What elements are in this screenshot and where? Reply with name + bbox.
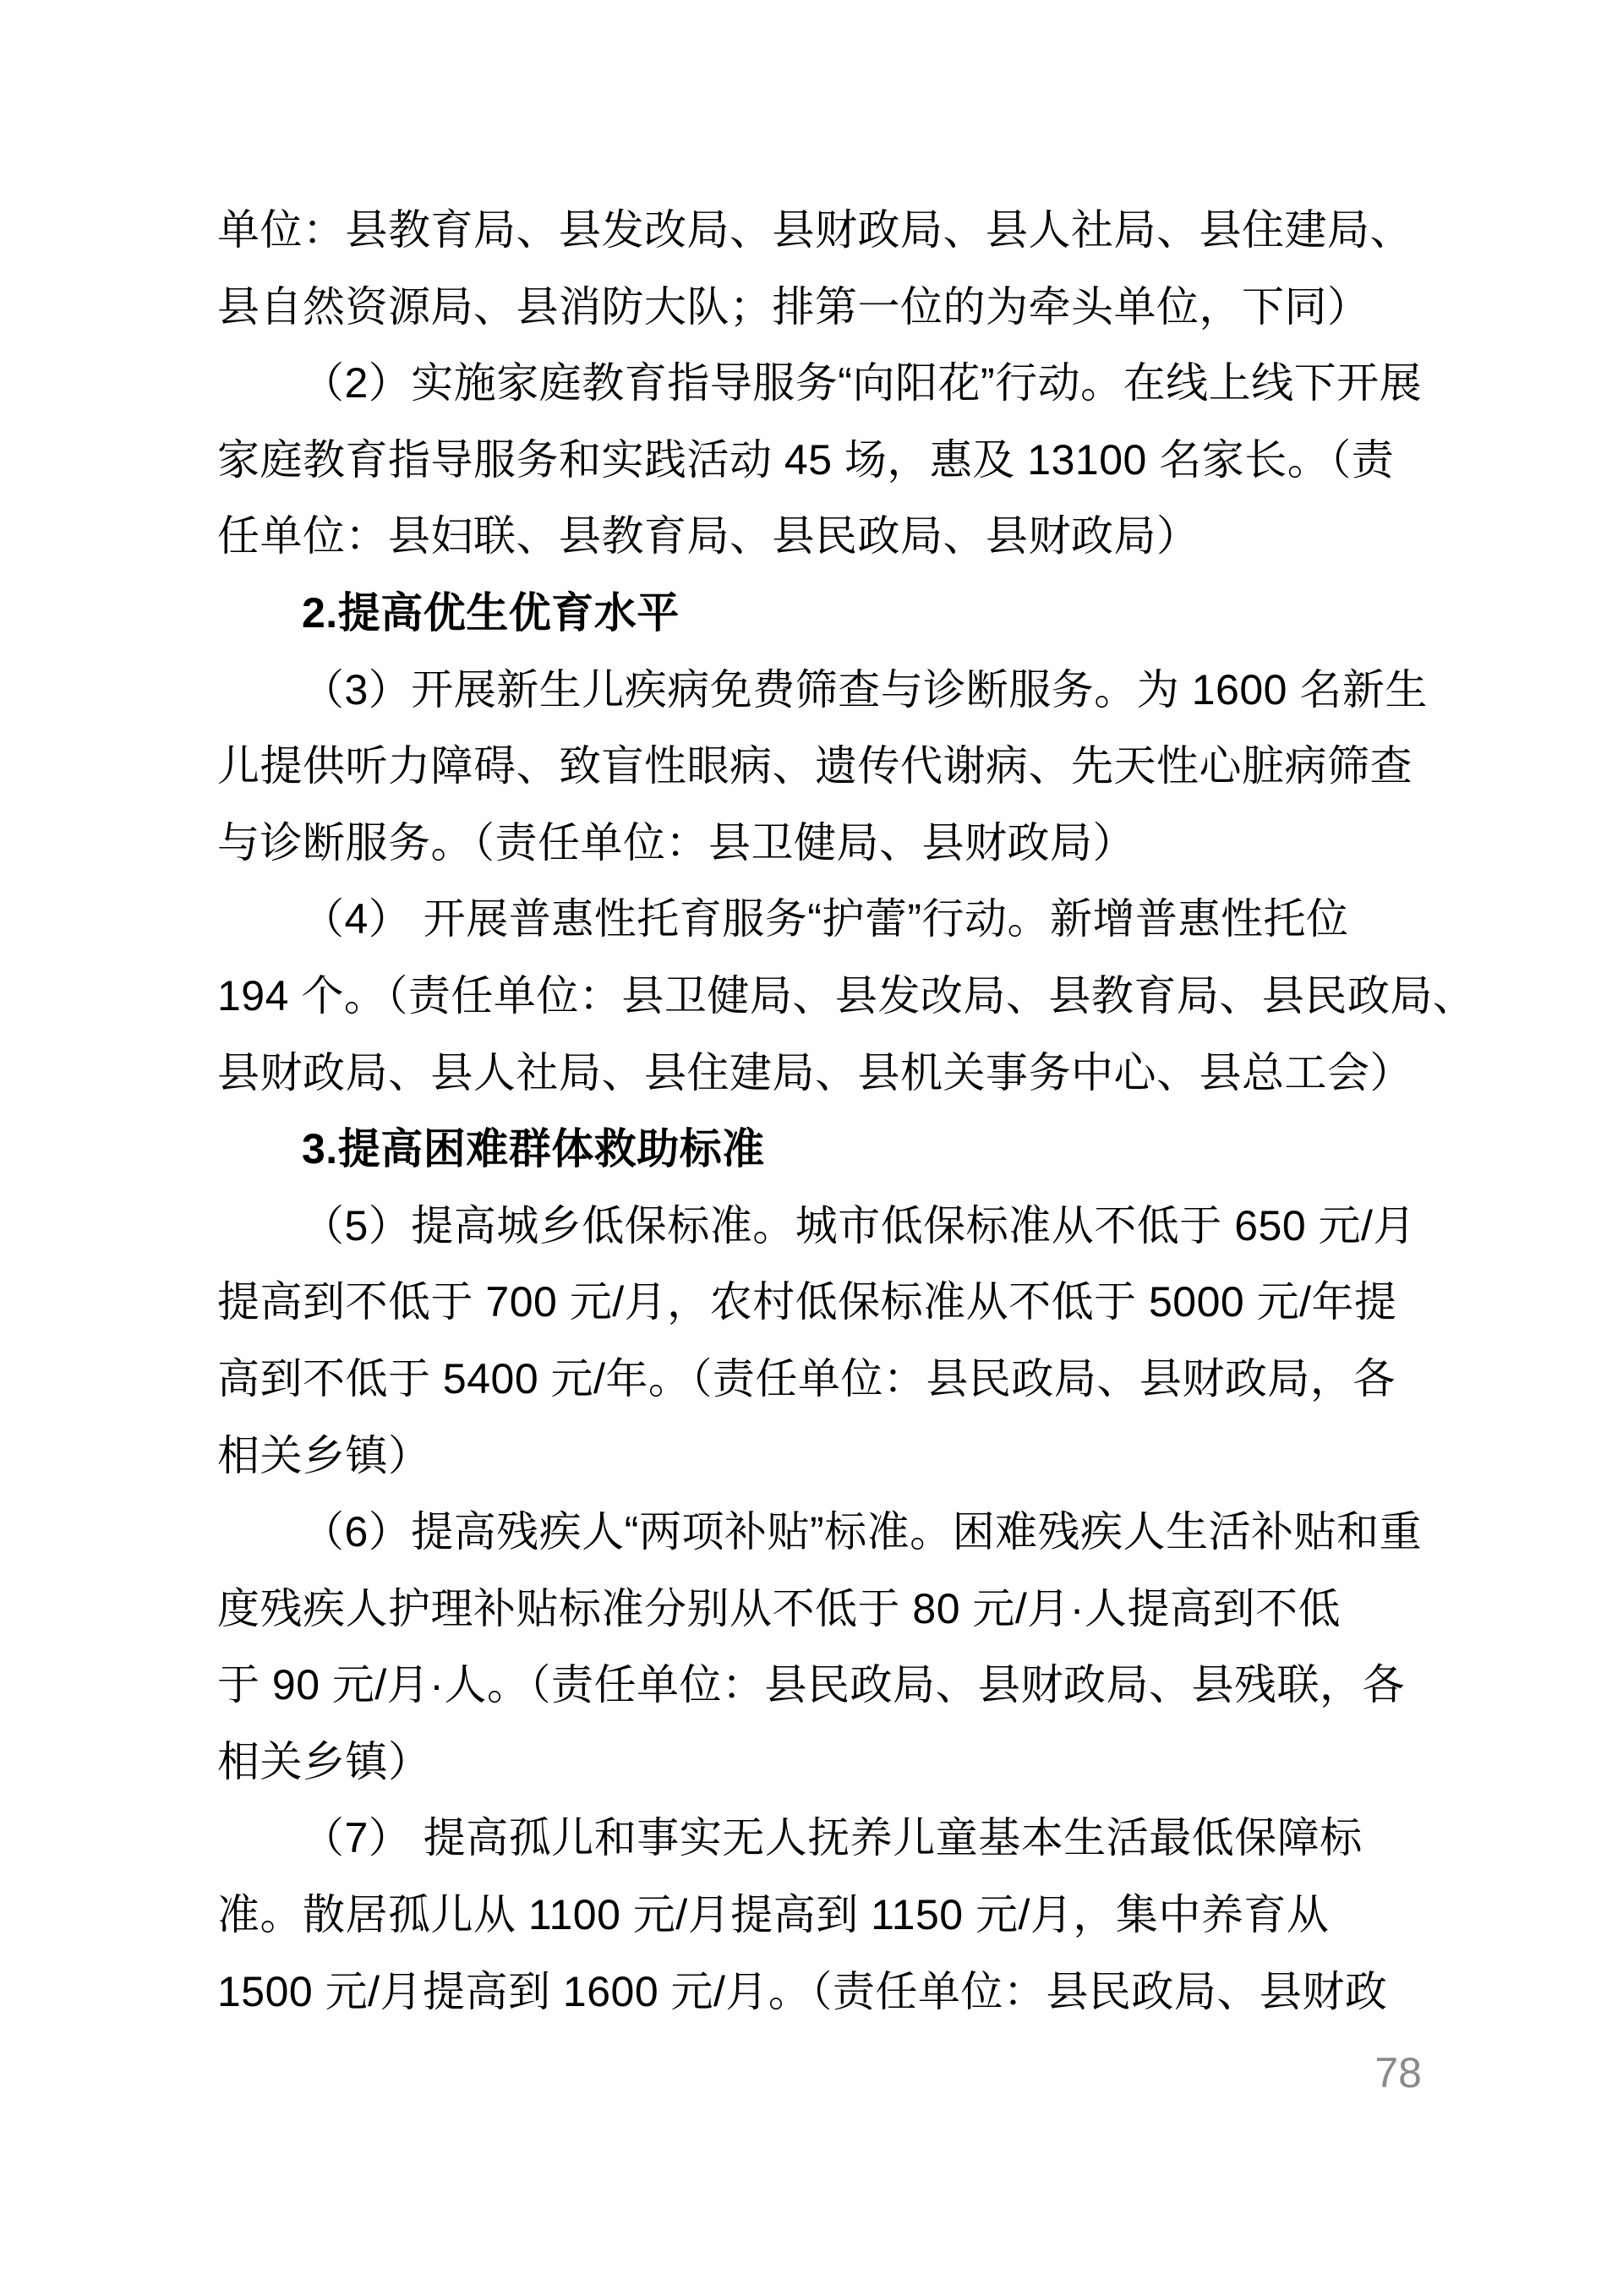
text-line: 儿提供听力障碍、致盲性眼病、遗传代谢病、先天性心脏病筛查	[217, 728, 1468, 805]
text-line: （4） 开展普惠性托育服务“护蕾”行动。新增普惠性托位	[217, 881, 1468, 958]
text-line: 高到不低于 5400 元/年。（责任单位：县民政局、县财政局，各	[217, 1341, 1468, 1418]
heading-line: 3.提高困难群体救助标准	[217, 1111, 1468, 1188]
text-line: 县财政局、县人社局、县住建局、县机关事务中心、县总工会）	[217, 1035, 1468, 1112]
text-line: （5）提高城乡低保标准。城市低保标准从不低于 650 元/月	[217, 1188, 1468, 1265]
text-line: 1500 元/月提高到 1600 元/月。（责任单位：县民政局、县财政	[217, 1954, 1468, 2031]
text-line: 单位：县教育局、县发改局、县财政局、县人社局、县住建局、	[217, 192, 1468, 269]
text-line: （2）实施家庭教育指导服务“向阳花”行动。在线上线下开展	[217, 345, 1468, 422]
page-number: 78	[1374, 2052, 1422, 2094]
text-line: （7） 提高孤儿和事实无人抚养儿童基本生活最低保障标	[217, 1800, 1468, 1877]
text-line: 准。散居孤儿从 1100 元/月提高到 1150 元/月，集中养育从	[217, 1877, 1468, 1954]
heading-line: 2.提高优生优育水平	[217, 575, 1468, 652]
text-line: 度残疾人护理补贴标准分别从不低于 80 元/月·人提高到不低	[217, 1571, 1468, 1648]
text-line: 提高到不低于 700 元/月，农村低保标准从不低于 5000 元/年提	[217, 1264, 1468, 1341]
text-line: 任单位：县妇联、县教育局、县民政局、县财政局）	[217, 498, 1468, 575]
text-line: 县自然资源局、县消防大队；排第一位的为牵头单位，下同）	[217, 269, 1468, 346]
text-line: 于 90 元/月·人。（责任单位：县民政局、县财政局、县残联，各	[217, 1647, 1468, 1724]
text-block: 单位：县教育局、县发改局、县财政局、县人社局、县住建局、县自然资源局、县消防大队…	[217, 192, 1468, 2030]
text-line: 与诊断服务。（责任单位：县卫健局、县财政局）	[217, 805, 1468, 882]
text-line: （6）提高残疾人“两项补贴”标准。困难残疾人生活补贴和重	[217, 1494, 1468, 1571]
text-line: 相关乡镇）	[217, 1418, 1468, 1495]
text-line: 家庭教育指导服务和实践活动 45 场，惠及 13100 名家长。（责	[217, 422, 1468, 499]
text-line: 相关乡镇）	[217, 1724, 1468, 1801]
text-line: （3）开展新生儿疾病免费筛查与诊断服务。为 1600 名新生	[217, 652, 1468, 729]
text-line: 194 个。（责任单位：县卫健局、县发改局、县教育局、县民政局、	[217, 958, 1468, 1035]
